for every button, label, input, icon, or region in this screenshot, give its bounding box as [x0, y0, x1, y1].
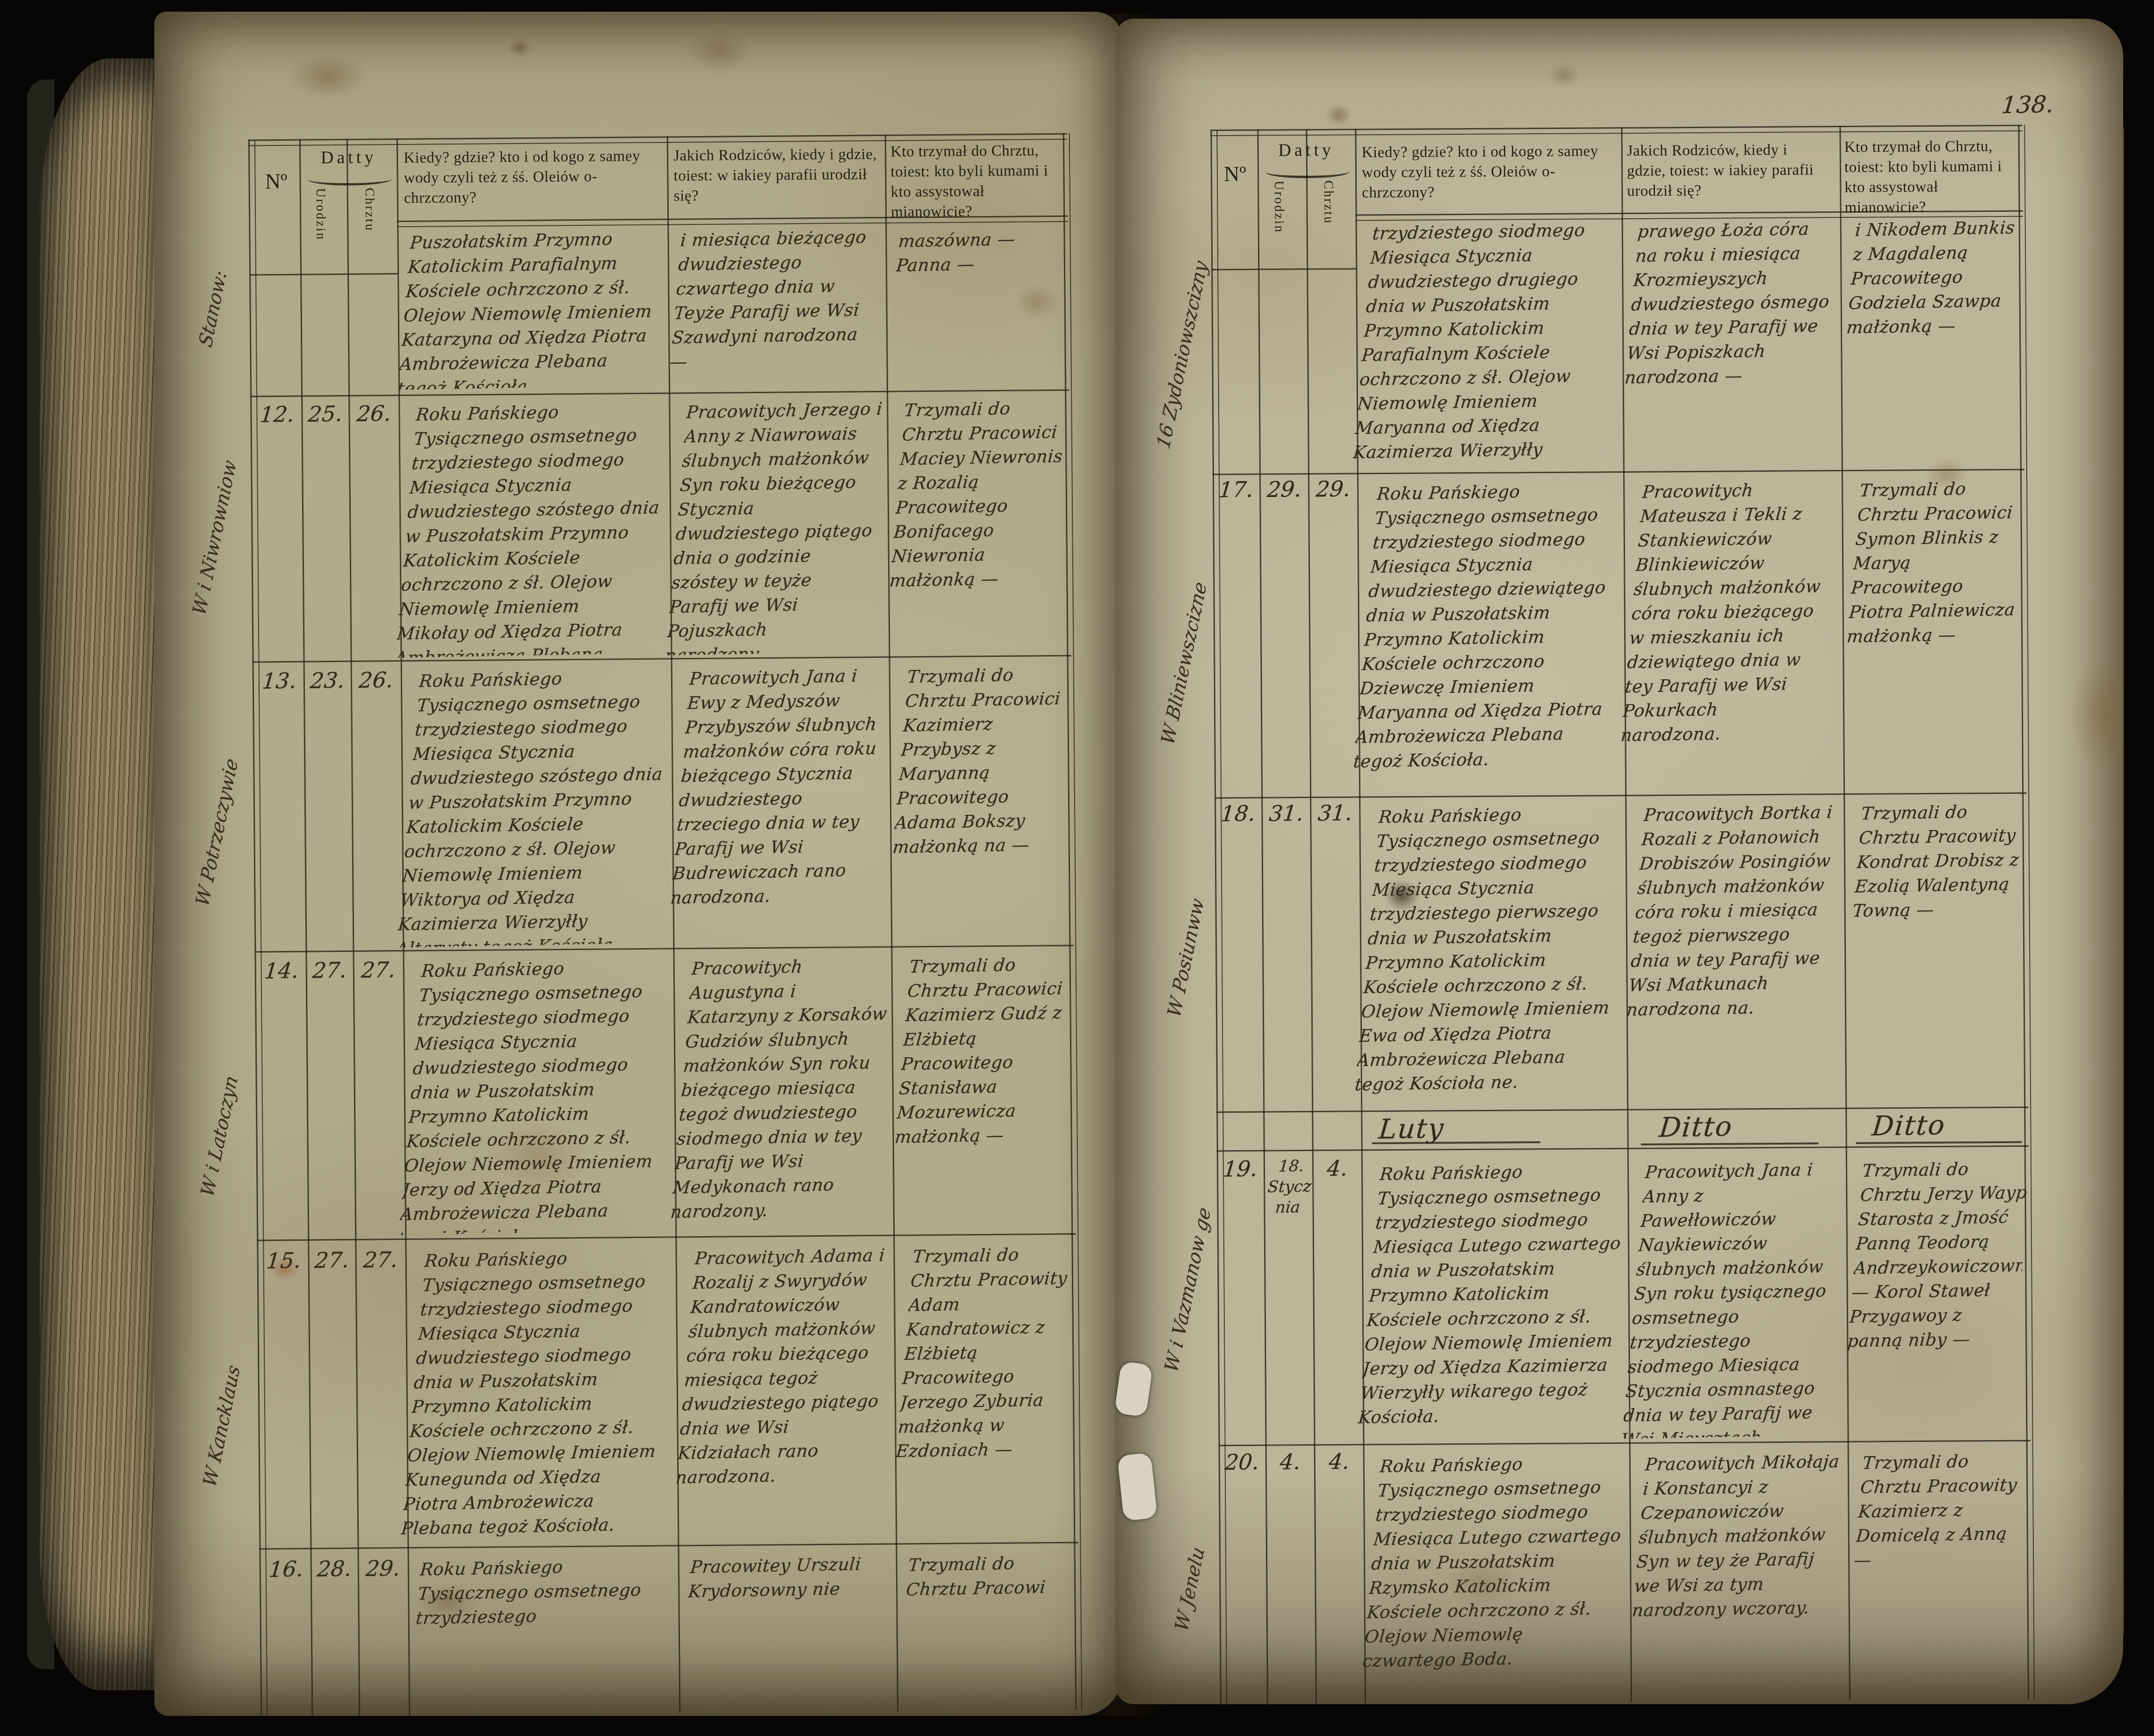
header-datty: Datty [1258, 139, 1354, 160]
entry-godparents: Trzymali do Chrztu Pracowi [896, 1550, 1073, 1703]
header-godparents-col: Kto trzymał do Chrztu, toiest: kto byli … [1844, 137, 2017, 218]
entry-godparents: Trzymali do Chrztu Pracowici Kazimierz G… [887, 952, 1075, 1231]
entry-birth-date: 27. [305, 957, 353, 995]
entry-baptism: Roku Pańskiego Tysiącznego osmsetnego tr… [398, 955, 675, 1235]
ditto-label: Ditto [1871, 1108, 2028, 1142]
entry-godparents: Trzymali do Chrztu Pracowici Symon Blink… [1834, 476, 2030, 787]
stacked-page-edges [40, 58, 173, 1690]
header-datty: Datty [301, 147, 397, 168]
table-line [1217, 1145, 2029, 1152]
entry-parents: Pracowitych Jerzego i Anny z Niawrowais … [665, 397, 888, 656]
margin-note: W Posiunww [1155, 853, 1217, 1062]
paper-stain [1326, 104, 1352, 125]
entry-birth-date: 4. [1265, 1449, 1314, 1487]
entry-number: 14. [256, 958, 305, 996]
entry-birth-date: 28. [310, 1556, 357, 1594]
entry-godparents: Trzymali do Chrztu Pracowici Maciey Niew… [883, 396, 1070, 654]
table-line [1219, 1440, 2031, 1447]
datty-brace [1265, 165, 1350, 178]
header-godparents-col: Kto trzymał do Chrztu, toiest: kto byli … [890, 141, 1063, 223]
margin-note: W i Latoczyn [189, 1032, 251, 1241]
entry-baptism: Roku Pańskiego Tysiącznego osmsetnego tr… [396, 665, 673, 948]
entry-parents: Pracowitych Bortka i Rozali z Połanowich… [1619, 800, 1844, 1102]
table-line [248, 139, 267, 1716]
entry-parents: i miesiąca bieżącego dwudziestego czwart… [668, 225, 882, 388]
entry-baptism-date: 4. [1314, 1448, 1363, 1487]
entry-baptism: trzydziestego siodmego Miesiąca Stycznia… [1352, 217, 1626, 467]
entry-baptism: Puszołatskim Przymno Katolickim Parafial… [398, 226, 664, 390]
entry-parents: Pracowitych Jana i Ewy z Medyszów Przyby… [666, 663, 891, 945]
entry-baptism-date: 29. [1308, 476, 1357, 514]
entry-baptism: Roku Pańskiego Tysiącznego osmsetnego tr… [395, 398, 670, 658]
entry-birth-date: 25. [301, 401, 348, 439]
entry-baptism: Roku Pańskiego Tysiącznego osmsetnego tr… [408, 1553, 674, 1707]
entry-birth-date: 18. Stycz nia [1262, 1155, 1315, 1250]
entry-baptism-date: 4. [1312, 1155, 1361, 1194]
margin-note: W Potrzeczywie [187, 728, 248, 937]
month-label: Luty [1377, 1110, 1558, 1145]
table-line [259, 1542, 1078, 1550]
entry-baptism: Roku Pańskiego Tysiącznego osmsetnego tr… [400, 1245, 678, 1544]
entry-number: 18. [1214, 800, 1261, 839]
margin-note: W Jenelu [1159, 1484, 1221, 1693]
entry-baptism: Roku Pańskiego Tysiącznego osmsetnego tr… [1359, 1450, 1634, 1698]
margin-note: W Kancklaus [191, 1322, 253, 1531]
datty-brace [308, 173, 392, 186]
entry-birth-date: 23. [303, 667, 350, 706]
ditto-label: Ditto [1658, 1109, 1838, 1143]
paper-stain [686, 29, 752, 72]
entry-godparents: Trzymali do Chrztu Jerzy Wayp Starosta z… [1839, 1156, 2032, 1437]
paper-stain [2068, 661, 2123, 769]
entry-parents: Pracowitey Urszuli Krydorsowny nie [679, 1552, 892, 1705]
entry-baptism-date: 27. [355, 1246, 405, 1285]
entry-number: 15. [259, 1247, 308, 1286]
entry-baptism: Roku Pańskiego Tysiącznego osmsetnego tr… [1356, 1158, 1634, 1441]
entry-godparents: Trzymali do Chrztu Pracowity Kazimierz z… [1842, 1448, 2032, 1694]
entry-parents: Pracowitych Adama i Rozalij z Swyrydów K… [670, 1243, 896, 1541]
header-chrztu: Chrztu [362, 187, 378, 288]
header-urodzin: Urodzin [1271, 180, 1287, 287]
entry-baptism-date: 27. [353, 957, 403, 995]
entry-baptism: Roku Pańskiego Tysiącznego osmsetnego tr… [1351, 478, 1631, 791]
table-line [253, 655, 1071, 663]
entry-number: 12. [252, 401, 301, 439]
left-page-table: Nº Datty Urodzin Chrztu Kiedy? gdzie? kt… [154, 12, 1122, 1716]
right-page-table: 138. Nº Datty Urodzin Chrz [1115, 19, 2123, 1704]
entry-baptism: Roku Pańskiego Tysiącznego osmsetnego tr… [1353, 801, 1633, 1104]
header-number: Nº [253, 169, 299, 194]
table-line [254, 945, 1073, 953]
entry-number: 20. [1218, 1449, 1265, 1487]
book-scan-photo: Nº Datty Urodzin Chrztu Kiedy? gdzie? kt… [0, 0, 2154, 1736]
margin-note: W i Niwrowniow [184, 433, 246, 642]
entry-parents: Pracowitych Augustyna i Katarzyny z Kors… [669, 953, 893, 1233]
header-baptism-col: Kiedy? gdzie? kto i od kogo z samey wody… [404, 146, 660, 209]
left-page: Nº Datty Urodzin Chrztu Kiedy? gdzie? kt… [154, 12, 1122, 1716]
entry-number: 17. [1212, 476, 1259, 515]
header-baptism-col: Kiedy? gdzie? kto i od kogo z samey wody… [1362, 141, 1616, 203]
entry-parents: Pracowitych Jana i Anny z Pawełłowiczów … [1621, 1157, 1845, 1439]
header-parents-col: Jakich Rodziców, kiedy i gdzie, toiest: … [673, 144, 879, 206]
margin-note: 16 Zydoniowszcizny [1151, 250, 1214, 459]
table-line [1210, 125, 2022, 137]
paper-stain [1548, 63, 1581, 86]
entry-birth-date: 29. [1260, 476, 1308, 515]
table-line [299, 139, 313, 1716]
entry-godparents: Trzymali do Chrztu Pracowici Kazimierz P… [884, 662, 1072, 944]
entry-baptism-date: 31. [1310, 800, 1359, 838]
right-page: 138. Nº Datty Urodzin Chrz [1115, 19, 2123, 1704]
header-parents-col: Jakich Rodziców, kiedy i gdzie, toiest: … [1627, 140, 1829, 202]
table-line [347, 139, 360, 1716]
table-line [1214, 792, 2026, 799]
entry-number: 16. [261, 1556, 310, 1594]
entry-number: 13. [254, 668, 303, 706]
entry-parents: prawego Łoża córa na roku i miesiąca Kro… [1617, 216, 1838, 465]
paper-stain [288, 53, 368, 98]
margin-note: W Bliniewszcizne [1153, 559, 1215, 768]
table-line [1213, 469, 2024, 475]
entry-birth-date: 27. [308, 1247, 355, 1285]
paper-stain [508, 38, 531, 57]
entry-baptism-date: 29. [357, 1555, 407, 1593]
header-chrztu: Chrztu [1321, 180, 1336, 280]
entry-birth-date: 31. [1262, 800, 1310, 839]
table-line [257, 1233, 1076, 1241]
table-line [250, 389, 1069, 397]
margin-note: Stanow: [182, 204, 244, 413]
binding-thread [1117, 1453, 1157, 1521]
page-number: 138. [2000, 90, 2087, 119]
header-urodzin: Urodzin [313, 188, 329, 295]
entry-godparents: maszówna — Panna — [886, 226, 1063, 389]
entry-godparents: Trzymali do Chrztu Pracowity Adam Kandra… [888, 1242, 1077, 1540]
entry-baptism-date: 26. [350, 667, 400, 705]
header-number: Nº [1213, 161, 1258, 187]
table-line [1063, 133, 1082, 1710]
entry-godparents: i Nikodem Bunkis z Magdaleną Pracowitego… [1835, 216, 2025, 464]
entry-baptism-date: 26. [348, 400, 398, 439]
entry-parents: Pracowitych Mikołaja i Konstancyi z Czep… [1625, 1449, 1845, 1696]
entry-parents: Pracowitych Mateusza i Tekli z Stankiewi… [1616, 477, 1843, 789]
entry-number: 19. [1216, 1156, 1263, 1194]
entry-godparents: Trzymali do Chrztu Pracowity Kondrat Dro… [1836, 799, 2031, 1101]
margin-note: W i Vazmanow ge [1157, 1185, 1219, 1394]
